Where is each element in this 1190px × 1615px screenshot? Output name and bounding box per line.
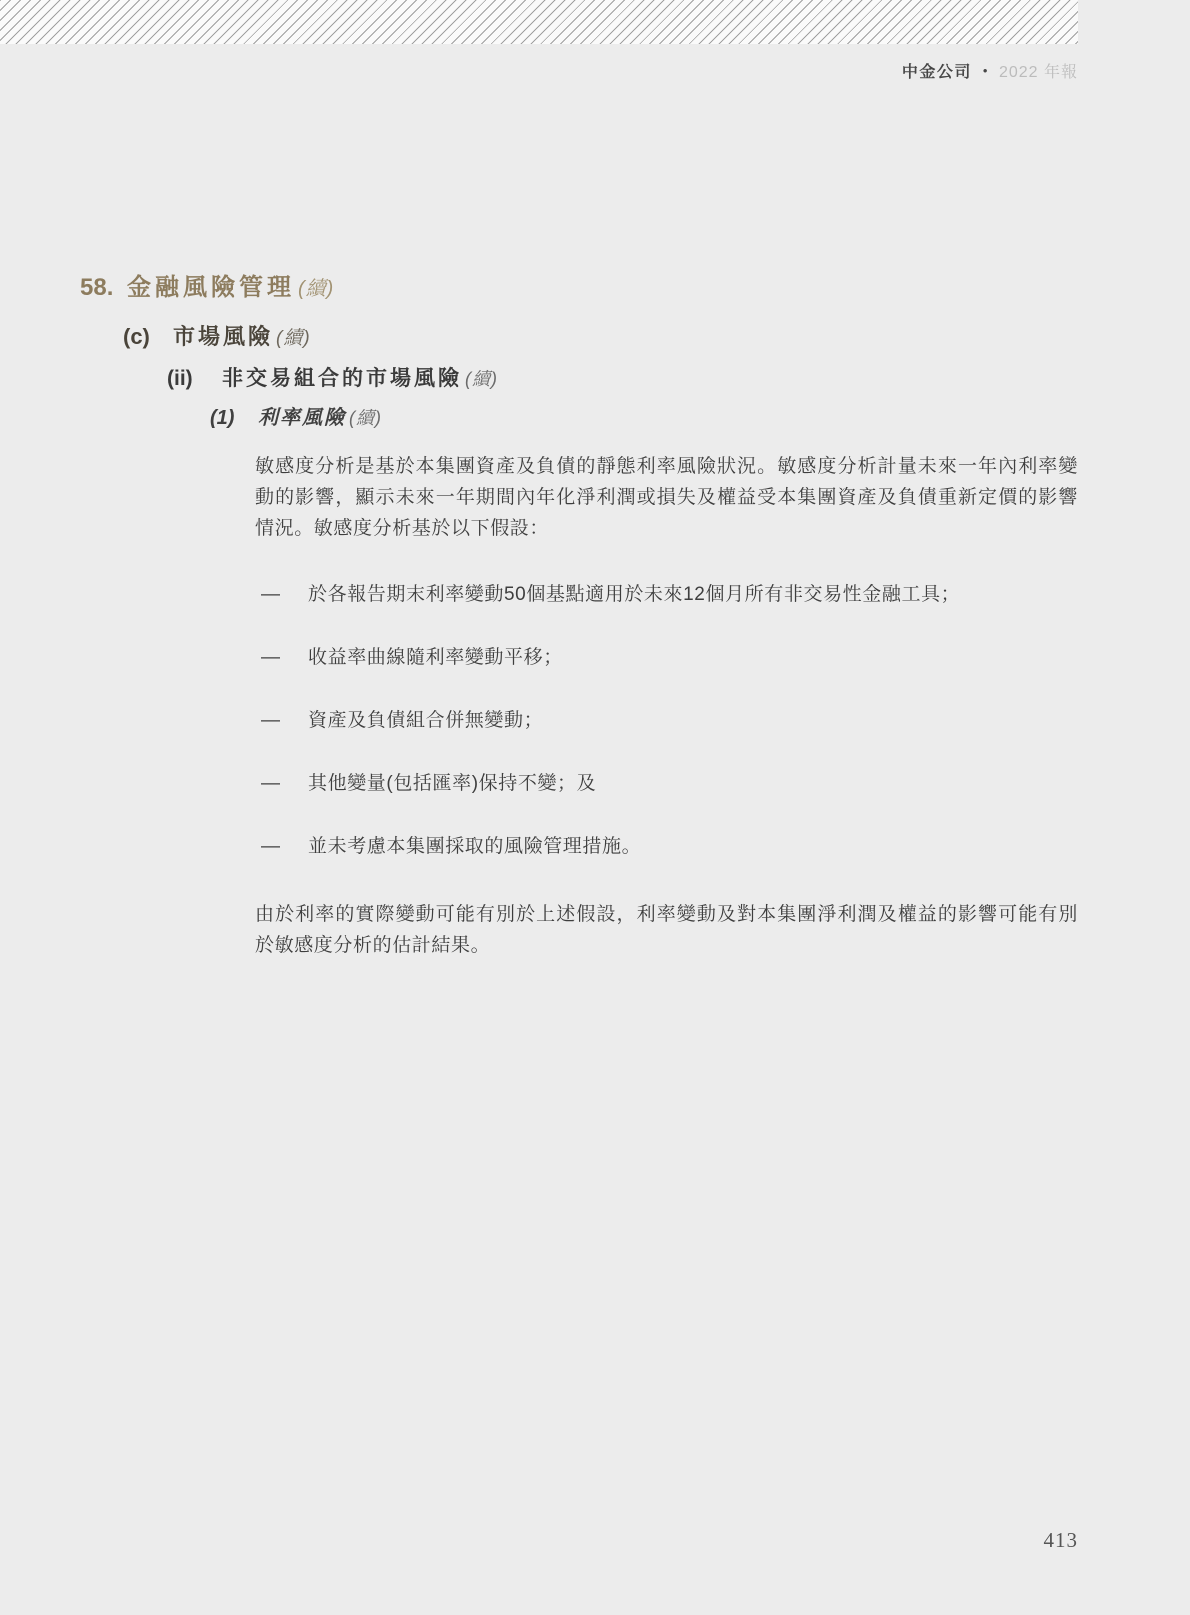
bullet-dash: —: [255, 831, 308, 862]
list-item-text: 並未考慮本集團採取的風險管理措施。: [308, 831, 641, 862]
subsection-1-label: (1): [210, 405, 258, 431]
header-separator-dot: •: [983, 63, 988, 78]
list-item-text: 收益率曲線隨利率變動平移；: [308, 642, 563, 673]
report-page: 中金公司•2022 年報 58. 金融風險管理 (續) (c) 市場風險 (續)…: [0, 0, 1190, 1615]
subsection-ii-continued-marker: (續): [465, 368, 498, 391]
subsection-ii-title: 非交易組合的市場風險: [222, 365, 462, 392]
company-name: 中金公司: [902, 64, 972, 81]
bullet-dash: —: [255, 642, 308, 673]
subsection-heading-1: (1) 利率風險 (續): [210, 405, 382, 431]
report-edition: 2022 年報: [999, 64, 1078, 81]
subsection-continued-marker: (續): [276, 327, 311, 352]
section-continued-marker: (續): [298, 276, 334, 302]
list-item-text: 資產及負債組合併無變動；: [308, 705, 543, 736]
subsection-1-continued-marker: (續): [349, 407, 382, 430]
subsection-heading-c: (c) 市場風險 (續): [123, 323, 311, 352]
page-number: 413: [1044, 1527, 1079, 1553]
list-item: — 資產及負債組合併無變動；: [255, 705, 1078, 736]
subsection-label: (c): [123, 323, 173, 352]
closing-paragraph: 由於利率的實際變動可能有別於上述假設，利率變動及對本集團淨利潤及權益的影響可能有…: [255, 899, 1078, 961]
subsection-heading-ii: (ii) 非交易組合的市場風險 (續): [167, 365, 498, 392]
subsection-title: 市場風險: [173, 323, 273, 352]
subsection-1-title: 利率風險: [258, 405, 346, 431]
bullet-dash: —: [255, 768, 308, 799]
list-item: — 並未考慮本集團採取的風險管理措施。: [255, 831, 1078, 862]
section-number: 58.: [80, 272, 127, 303]
list-item: — 收益率曲線隨利率變動平移；: [255, 642, 1078, 673]
assumption-list: — 於各報告期末利率變動50個基點適用於未來12個月所有非交易性金融工具； — …: [255, 579, 1078, 894]
section-title: 金融風險管理: [127, 272, 295, 303]
section-heading-58: 58. 金融風險管理 (續): [80, 272, 334, 303]
subsection-ii-label: (ii): [167, 365, 222, 392]
list-item: — 其他變量(包括匯率)保持不變；及: [255, 768, 1078, 799]
bullet-dash: —: [255, 705, 308, 736]
intro-paragraph: 敏感度分析是基於本集團資產及負債的靜態利率風險狀況。敏感度分析計量未來一年內利率…: [255, 451, 1078, 544]
list-item-text: 其他變量(包括匯率)保持不變；及: [308, 768, 596, 799]
list-item-text: 於各報告期末利率變動50個基點適用於未來12個月所有非交易性金融工具；: [308, 579, 960, 610]
list-item: — 於各報告期末利率變動50個基點適用於未來12個月所有非交易性金融工具；: [255, 579, 1078, 610]
page-header: 中金公司•2022 年報: [902, 60, 1078, 84]
diagonal-hatch-pattern: [0, 0, 1078, 44]
bullet-dash: —: [255, 579, 308, 610]
